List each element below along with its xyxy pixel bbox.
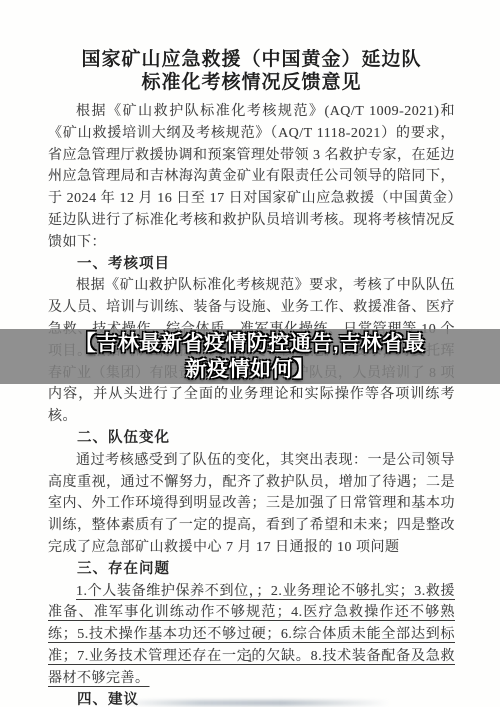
watermark-text-line2: 新疫情如何】 <box>186 357 315 383</box>
document-title-line2: 标准化考核情况反馈意见 <box>48 71 455 94</box>
section3-problem-list: 1.个人装备维护保养不到位，；2.业务理论不够扎实；3.救援准备、准军事化训练动… <box>48 581 455 690</box>
scanned-document-page: 国家矿山应急救援（中国黄金）延边队 标准化考核情况反馈意见 根据《矿山救护队标准… <box>0 0 500 707</box>
section1-heading: 一、考核项目 <box>48 254 455 276</box>
scan-artifact-smudge <box>120 700 390 706</box>
section3-heading: 三、存在问题 <box>48 559 455 581</box>
section2-heading: 二、队伍变化 <box>48 428 455 450</box>
intro-paragraph: 根据《矿山救护队标准化考核规范》(AQ/T 1009-2021)和《矿山救援培训… <box>48 101 455 254</box>
watermark-overlay-banner: 【吉林最新省疫情防控通告,吉林省最 新疫情如何】 <box>0 329 500 384</box>
page-number: 1 <box>0 651 500 666</box>
document-title: 国家矿山应急救援（中国黄金）延边队 标准化考核情况反馈意见 <box>48 48 455 94</box>
section2-paragraph: 通过考核感受到了队伍的变化，其突出表现：一是公司领导高度重视，通过不懈努力，配齐… <box>48 450 455 559</box>
document-title-line1: 国家矿山应急救援（中国黄金）延边队 <box>48 48 455 71</box>
watermark-text-line1: 【吉林最新省疫情防控通告,吉林省最 <box>75 331 425 357</box>
